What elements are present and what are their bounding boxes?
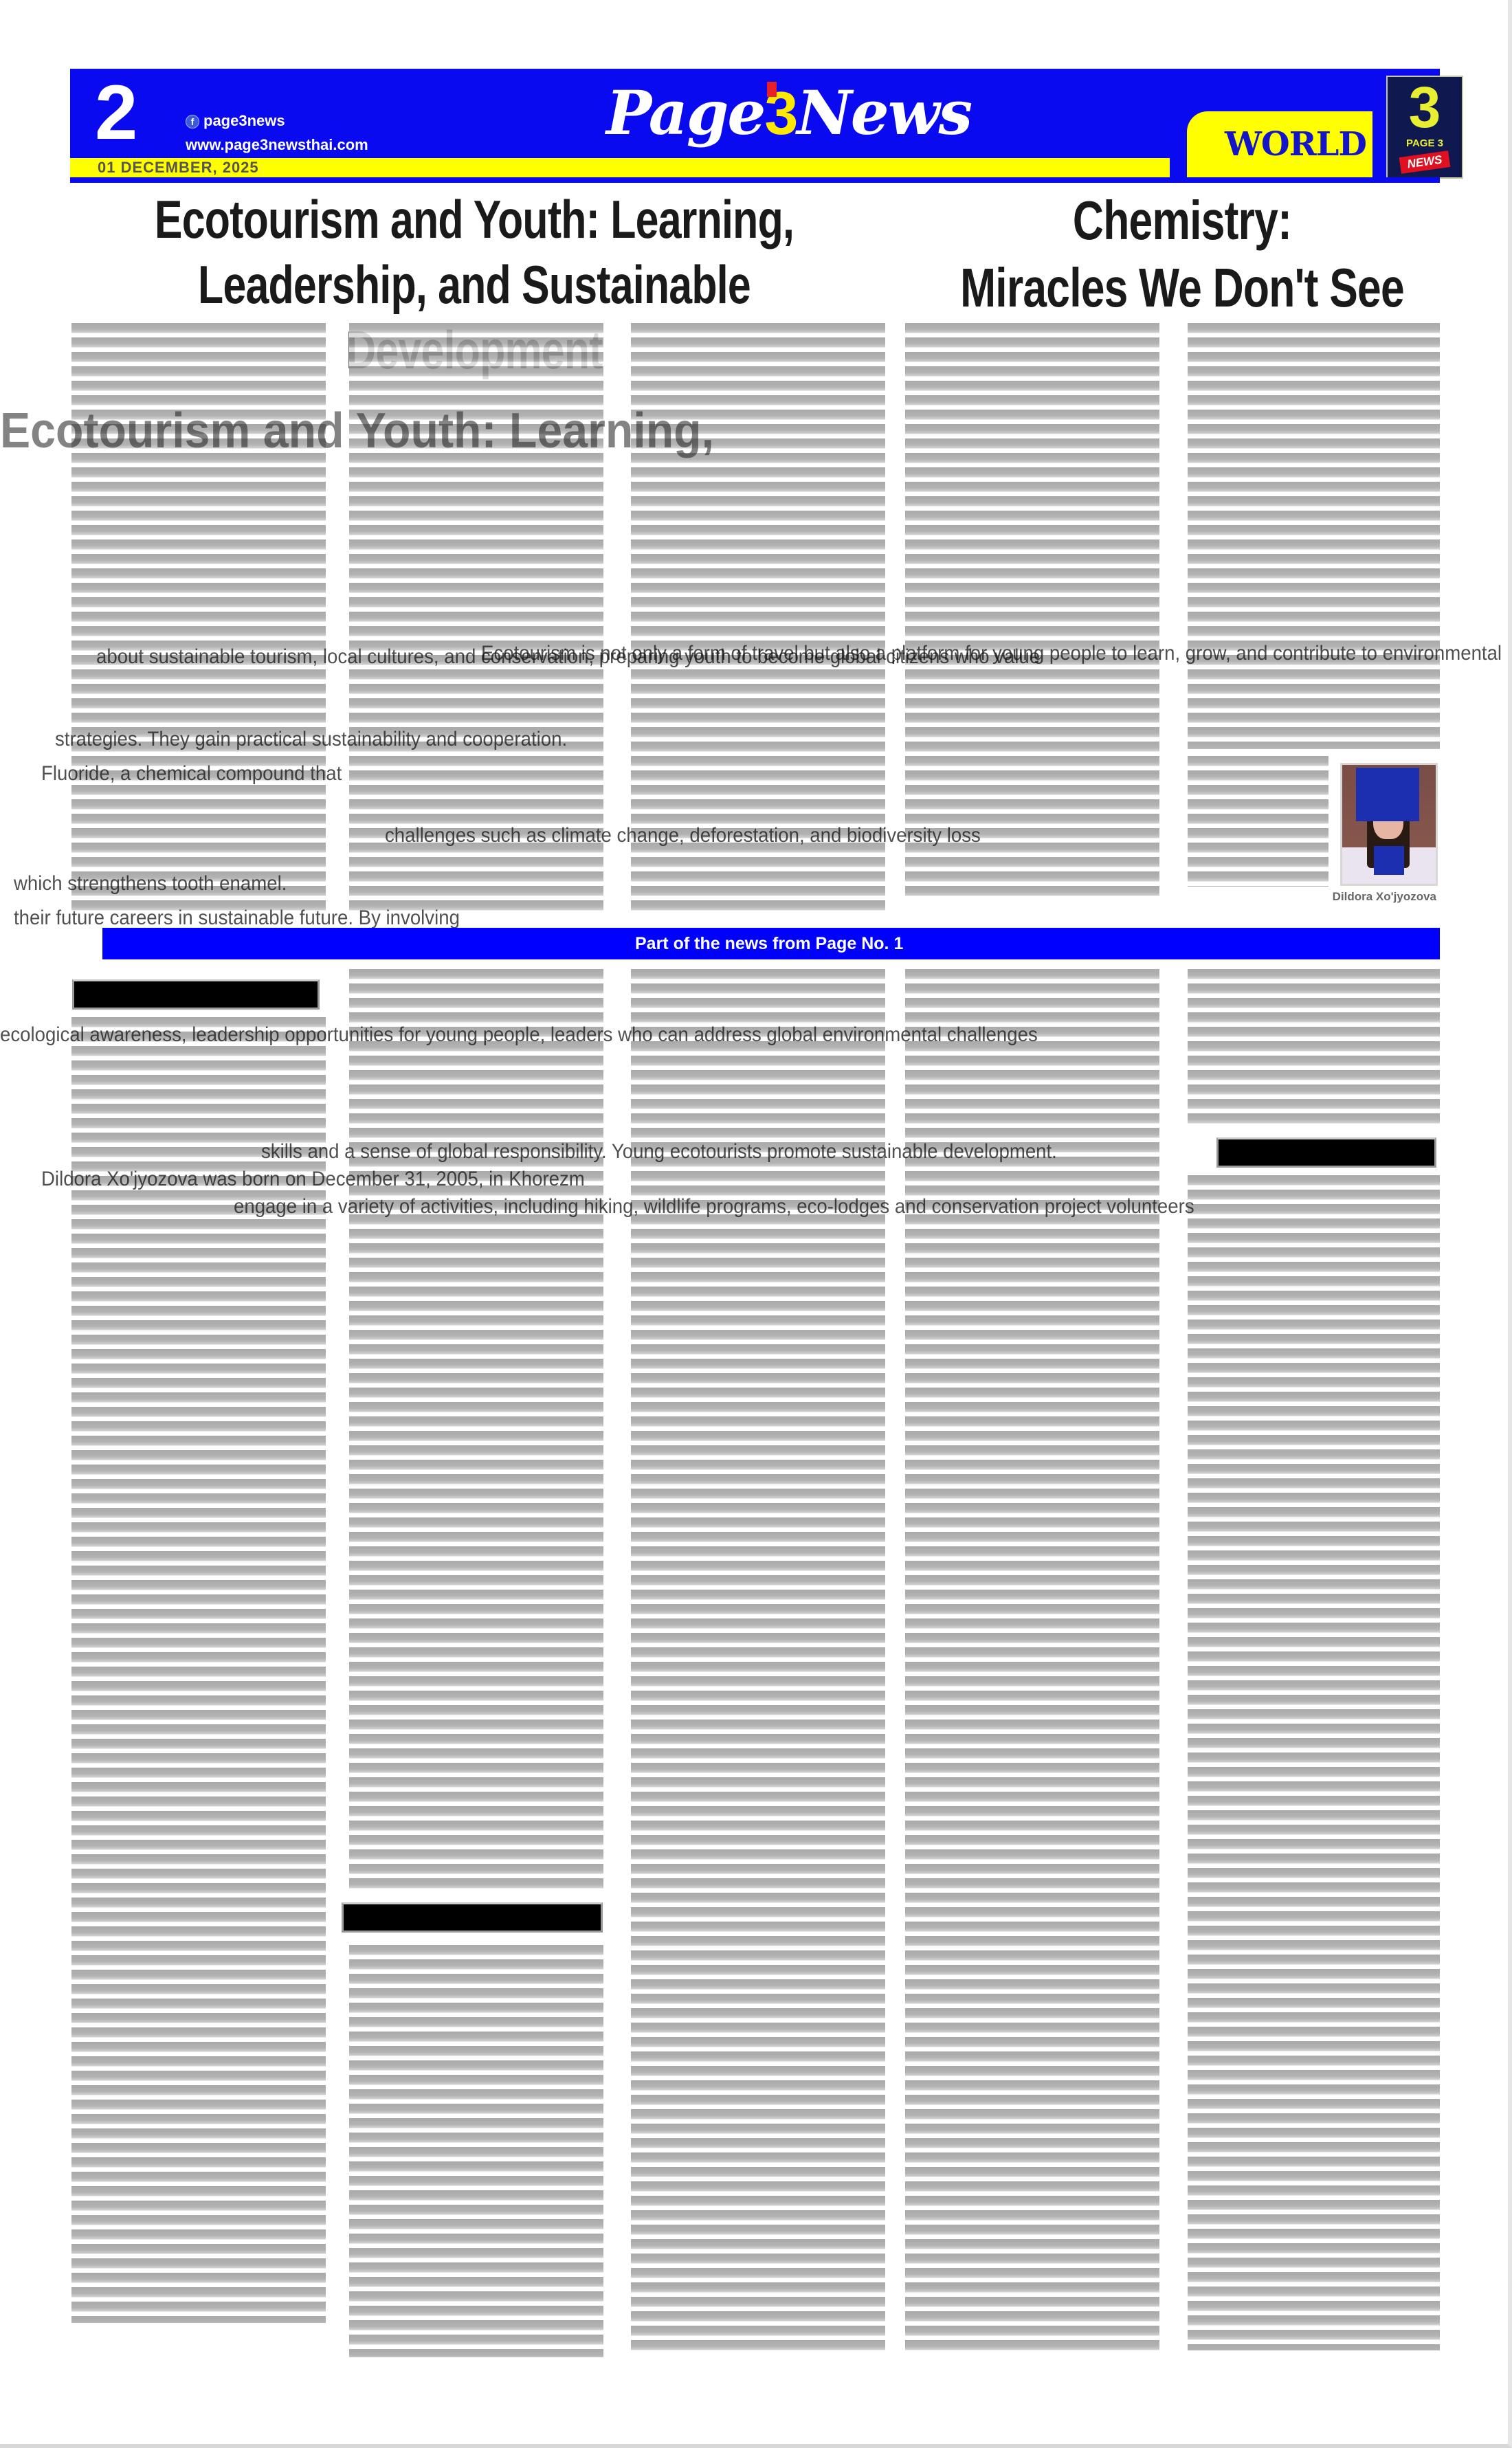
continued-column-5b [1188,1175,1440,2350]
page-number: 2 [95,74,137,151]
author-photo [1340,763,1438,886]
badge-label: PAGE 3 [1388,137,1462,149]
newspaper-logo: Page3News [606,82,971,144]
page3-badge-logo: 3 PAGE 3 NEWS [1386,76,1463,179]
logo-number: 3 [764,79,797,147]
newspaper-page: 2 fpage3news www.page3newsthai.com Page3… [0,0,1512,2448]
chemistry-column-2-wrap [1188,756,1328,887]
facebook-link[interactable]: fpage3news [186,109,368,133]
ecotourism-column-2 [349,323,603,914]
badge-number: 3 [1388,77,1462,137]
subhead-col1 [72,979,320,1010]
section-label: WORLD [1225,125,1366,164]
ecotourism-column-1 [71,323,326,914]
badge-news: NEWS [1399,151,1451,174]
masthead: 2 fpage3news www.page3newsthai.com Page3… [70,69,1440,182]
logo-word-news: News [797,77,971,148]
website-link[interactable]: www.page3newsthai.com [186,133,368,157]
continued-banner: Part of the news from Page No. 1 [102,928,1440,959]
headline-line-1: Chemistry: [898,187,1467,254]
masthead-rule [70,177,1440,183]
author-byline: Dildora Xo'jyozova [1309,890,1436,904]
continued-column-2b [349,1945,603,2357]
continued-column-3 [631,969,885,2350]
issue-date: 01 DECEMBER, 2025 [98,158,259,177]
banner-text: Part of the news from Page No. 1 [635,928,903,959]
social-links: fpage3news www.page3newsthai.com [186,109,368,157]
subhead-col2 [342,1902,603,1933]
continued-column-4 [905,969,1159,2350]
date-strip: 01 DECEMBER, 2025 [70,158,1170,177]
facebook-handle: page3news [203,112,285,129]
headline-chemistry: Chemistry: Miracles We Don't See [898,187,1467,321]
logo-word-page: Page [606,77,764,148]
facebook-icon: f [186,115,199,129]
continued-column-1 [71,1017,326,2323]
subhead-col5 [1216,1137,1436,1168]
section-tab: WORLD [1187,111,1372,177]
headline-line-2: Miracles We Don't See [898,254,1467,322]
ecotourism-column-3 [631,323,885,914]
chemistry-column-2 [1188,323,1440,749]
headline-line-1: Ecotourism and Youth: Learning, [104,187,844,252]
continued-column-5 [1188,969,1440,1127]
chemistry-column-1 [905,323,1159,900]
continued-column-2 [349,969,603,1890]
